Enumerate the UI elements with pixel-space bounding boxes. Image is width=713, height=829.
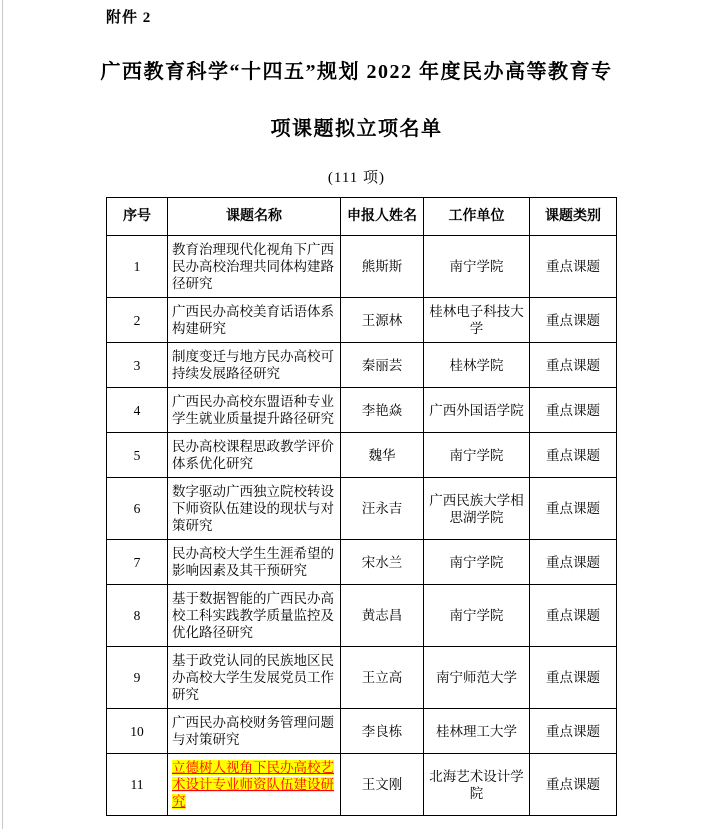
category-cell: 重点课题	[530, 585, 617, 647]
category-cell: 重点课题	[530, 709, 617, 754]
category-cell: 重点课题	[530, 298, 617, 343]
table-header-row: 序号课题名称申报人姓名工作单位课题类别	[107, 198, 617, 236]
document-title: 广西教育科学“十四五”规划 2022 年度民办高等教育专 项课题拟立项名单	[0, 58, 713, 143]
document-page: 附件 2 广西教育科学“十四五”规划 2022 年度民办高等教育专 项课题拟立项…	[0, 0, 713, 829]
work-unit-cell: 南宁学院	[424, 585, 530, 647]
table-row: 2广西民办高校美育话语体系构建研究王源林桂林电子科技大学重点课题	[107, 298, 617, 343]
project-title-cell: 制度变迁与地方民办高校可持续发展路径研究	[168, 343, 341, 388]
category-cell: 重点课题	[530, 478, 617, 540]
table-row: 6数字驱动广西独立院校转设下师资队伍建设的现状与对策研究汪永吉广西民族大学相思湖…	[107, 478, 617, 540]
project-title-cell: 教育治理现代化视角下广西民办高校治理共同体构建路径研究	[168, 236, 341, 298]
work-unit-cell: 广西外国语学院	[424, 388, 530, 433]
project-title-cell: 广西民办高校财务管理问题与对策研究	[168, 709, 341, 754]
project-title-cell: 民办高校课程思政教学评价体系优化研究	[168, 433, 341, 478]
category-cell: 重点课题	[530, 236, 617, 298]
applicant-cell: 王立高	[341, 647, 424, 709]
applicant-cell: 秦丽芸	[341, 343, 424, 388]
serial-cell: 9	[107, 647, 168, 709]
table-row: 3制度变迁与地方民办高校可持续发展路径研究秦丽芸桂林学院重点课题	[107, 343, 617, 388]
applicant-cell: 李良栋	[341, 709, 424, 754]
serial-cell: 5	[107, 433, 168, 478]
table-row: 5民办高校课程思政教学评价体系优化研究魏华南宁学院重点课题	[107, 433, 617, 478]
work-unit-cell: 南宁学院	[424, 540, 530, 585]
applicant-cell: 王源林	[341, 298, 424, 343]
work-unit-cell: 桂林电子科技大学	[424, 298, 530, 343]
serial-cell: 10	[107, 709, 168, 754]
table-row: 8基于数据智能的广西民办高校工科实践教学质量监控及优化路径研究黄志昌南宁学院重点…	[107, 585, 617, 647]
work-unit-cell: 南宁师范大学	[424, 647, 530, 709]
category-cell: 重点课题	[530, 388, 617, 433]
column-header: 工作单位	[424, 198, 530, 236]
highlighted-project-title: 立德树人视角下民办高校艺术设计专业师资队伍建设研究	[172, 760, 334, 809]
category-cell: 重点课题	[530, 647, 617, 709]
work-unit-cell: 桂林学院	[424, 343, 530, 388]
attachment-label: 附件 2	[106, 6, 151, 27]
projects-table: 序号课题名称申报人姓名工作单位课题类别 1教育治理现代化视角下广西民办高校治理共…	[106, 197, 617, 816]
serial-cell: 8	[107, 585, 168, 647]
category-cell: 重点课题	[530, 754, 617, 816]
project-title-cell: 基于政党认同的民族地区民办高校大学生发展党员工作研究	[168, 647, 341, 709]
work-unit-cell: 桂林理工大学	[424, 709, 530, 754]
column-header: 申报人姓名	[341, 198, 424, 236]
work-unit-cell: 北海艺术设计学院	[424, 754, 530, 816]
column-header: 课题类别	[530, 198, 617, 236]
column-header: 序号	[107, 198, 168, 236]
category-cell: 重点课题	[530, 540, 617, 585]
applicant-cell: 熊斯斯	[341, 236, 424, 298]
applicant-cell: 魏华	[341, 433, 424, 478]
table-row: 1教育治理现代化视角下广西民办高校治理共同体构建路径研究熊斯斯南宁学院重点课题	[107, 236, 617, 298]
serial-cell: 2	[107, 298, 168, 343]
table-row: 9基于政党认同的民族地区民办高校大学生发展党员工作研究王立高南宁师范大学重点课题	[107, 647, 617, 709]
document-title-line2: 项课题拟立项名单	[0, 115, 713, 143]
table-row: 7民办高校大学生生涯希望的影响因素及其干预研究宋水兰南宁学院重点课题	[107, 540, 617, 585]
document-title-line1: 广西教育科学“十四五”规划 2022 年度民办高等教育专	[0, 58, 713, 86]
serial-cell: 1	[107, 236, 168, 298]
project-title-cell: 广西民办高校美育话语体系构建研究	[168, 298, 341, 343]
project-count-note: (111 项)	[0, 166, 713, 187]
column-header: 课题名称	[168, 198, 341, 236]
project-title-cell: 数字驱动广西独立院校转设下师资队伍建设的现状与对策研究	[168, 478, 341, 540]
work-unit-cell: 广西民族大学相思湖学院	[424, 478, 530, 540]
serial-cell: 7	[107, 540, 168, 585]
applicant-cell: 黄志昌	[341, 585, 424, 647]
serial-cell: 4	[107, 388, 168, 433]
serial-cell: 6	[107, 478, 168, 540]
serial-cell: 3	[107, 343, 168, 388]
applicant-cell: 宋水兰	[341, 540, 424, 585]
applicant-cell: 王文刚	[341, 754, 424, 816]
work-unit-cell: 南宁学院	[424, 236, 530, 298]
project-title-cell: 广西民办高校东盟语种专业学生就业质量提升路径研究	[168, 388, 341, 433]
table-row: 4广西民办高校东盟语种专业学生就业质量提升路径研究李艳焱广西外国语学院重点课题	[107, 388, 617, 433]
project-title-cell: 立德树人视角下民办高校艺术设计专业师资队伍建设研究	[168, 754, 341, 816]
serial-cell: 11	[107, 754, 168, 816]
category-cell: 重点课题	[530, 433, 617, 478]
category-cell: 重点课题	[530, 343, 617, 388]
table-row: 11立德树人视角下民办高校艺术设计专业师资队伍建设研究王文刚北海艺术设计学院重点…	[107, 754, 617, 816]
project-title-cell: 基于数据智能的广西民办高校工科实践教学质量监控及优化路径研究	[168, 585, 341, 647]
work-unit-cell: 南宁学院	[424, 433, 530, 478]
table-row: 10广西民办高校财务管理问题与对策研究李良栋桂林理工大学重点课题	[107, 709, 617, 754]
project-title-cell: 民办高校大学生生涯希望的影响因素及其干预研究	[168, 540, 341, 585]
applicant-cell: 汪永吉	[341, 478, 424, 540]
applicant-cell: 李艳焱	[341, 388, 424, 433]
